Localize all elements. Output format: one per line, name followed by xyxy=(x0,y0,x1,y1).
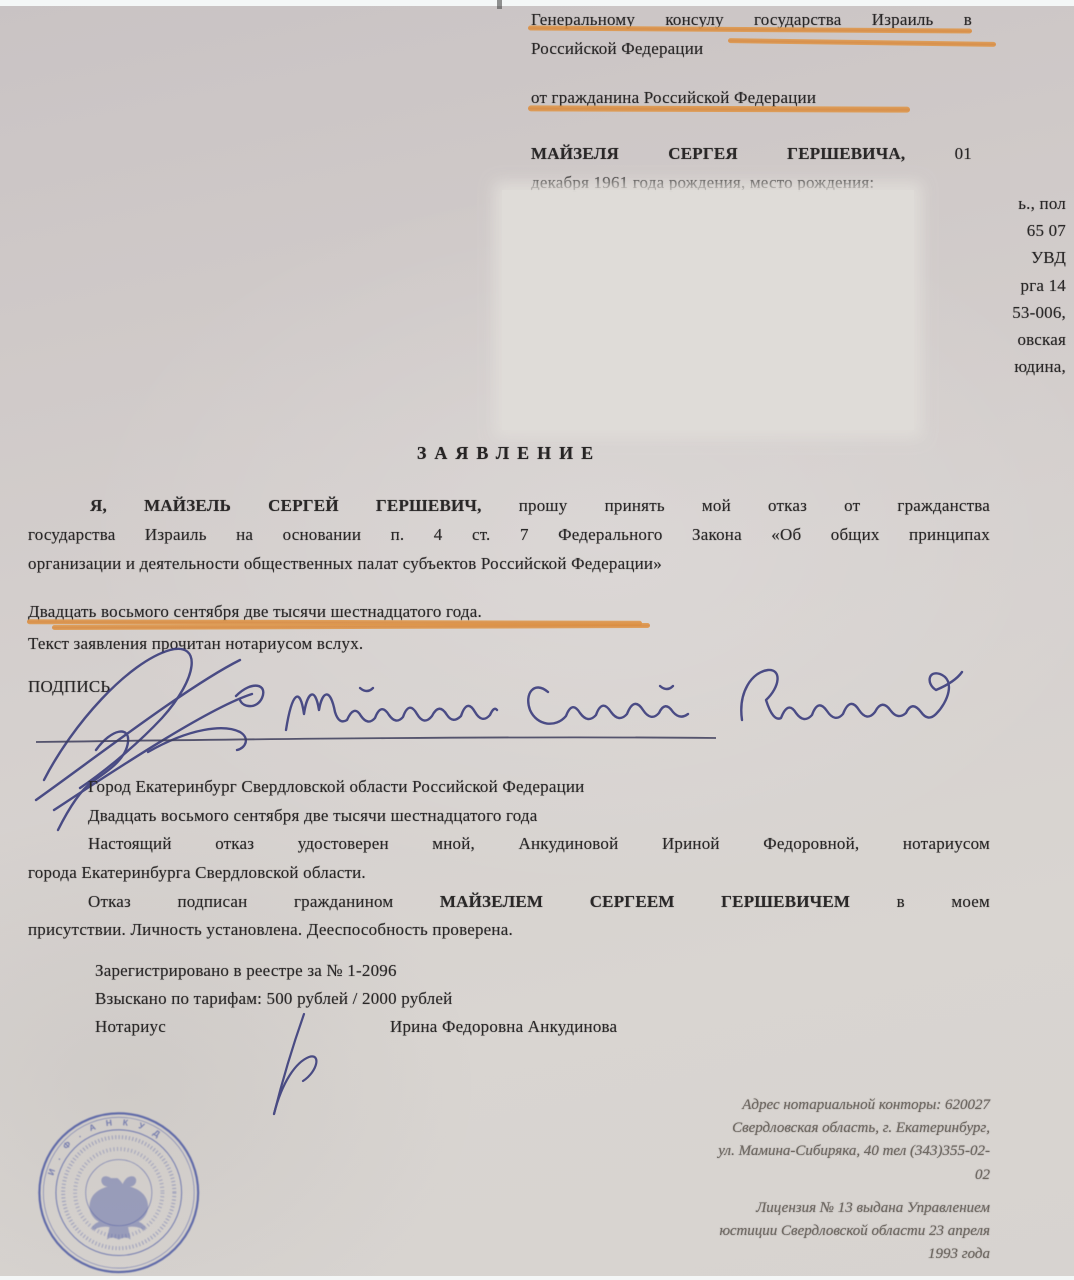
registry-block: Зарегистрировано в реестре за № 1-2096 В… xyxy=(95,957,990,1042)
fragment-line: ь., пол xyxy=(938,190,1066,217)
address-line: Свердловская область, г. Екатеринбург, xyxy=(560,1117,990,1140)
fragment-line: юдина, xyxy=(938,353,1066,380)
signature-rule-line xyxy=(36,737,716,742)
attestation-block: Город Екатеринбург Свердловской области … xyxy=(28,773,990,945)
notary-initial-ink xyxy=(240,1008,360,1120)
attestation-city: Город Екатеринбург Свердловской области … xyxy=(28,773,990,802)
license-line: юстиции Свердловской области 23 апреля xyxy=(560,1220,990,1243)
statement-line3: организации и деятельности общественных … xyxy=(28,549,990,578)
fragment-line: 65 07 xyxy=(938,217,1066,244)
license-line: Лицензия № 13 выдана Управлением xyxy=(560,1197,990,1220)
notary-name: Ирина Федоровна Анкудинова xyxy=(390,1013,617,1041)
attestation-cert-line1: Настоящий отказ удостоверен мной, Анкуди… xyxy=(28,830,990,859)
registry-number-line: Зарегистрировано в реестре за № 1-2096 xyxy=(95,957,990,985)
notary-label: Нотариус xyxy=(95,1017,166,1036)
applicant-name-line: МАЙЗЕЛЯ СЕРГЕЯ ГЕРШЕВИЧА, 01 xyxy=(531,139,972,168)
attestation-signed-line1: Отказ подписан гражданином МАЙЗЕЛЕМ СЕРГ… xyxy=(28,888,990,917)
signed-pre: Отказ подписан гражданином xyxy=(88,892,393,911)
notary-seal-stamp-icon: И . Ф . А Н К У Д xyxy=(0,1108,282,1280)
scanned-document-page: Генеральному консулу государства Израиль… xyxy=(0,0,1074,1280)
attestation-cert-line2: города Екатеринбурга Свердловской област… xyxy=(28,859,990,888)
license-block: Лицензия № 13 выдана Управлением юстиции… xyxy=(560,1197,990,1267)
address-line: Адрес нотариальной конторы: 620027 xyxy=(560,1094,990,1117)
svg-text:И . Ф . А Н К У Д: И . Ф . А Н К У Д xyxy=(46,1117,166,1176)
attestation-signed-line2: присутствии. Личность установлена. Деесп… xyxy=(28,916,990,945)
seal-arc-text: И . Ф . А Н К У Д xyxy=(46,1117,166,1176)
attestation-date: Двадцать восьмого сентября две тысячи ше… xyxy=(28,802,990,831)
registry-fee-line: Взыскано по тарифам: 500 рублей / 2000 р… xyxy=(95,985,990,1013)
address-line: 02 xyxy=(560,1164,990,1187)
fragment-line: УВД xyxy=(938,244,1066,271)
fragment-line: овская xyxy=(938,326,1066,353)
redacted-fragments: ь., пол 65 07 УВД рга 14 53-006, овская … xyxy=(938,190,1066,380)
signed-name: МАЙЗЕЛЕМ СЕРГЕЕМ ГЕРШЕВИЧЕМ xyxy=(440,892,850,911)
statement-line1: Я, МАЙЗЕЛЬ СЕРГЕЙ ГЕРШЕВИЧ, прошу принят… xyxy=(28,491,990,520)
scan-artifact xyxy=(497,0,502,9)
document-title: ЗАЯВЛЕНИЕ xyxy=(28,443,990,464)
fragment-line: рга 14 xyxy=(938,272,1066,299)
statement-name: Я, МАЙЗЕЛЬ СЕРГЕЙ ГЕРШЕВИЧ, xyxy=(90,496,482,515)
signed-post: в моем xyxy=(897,892,990,911)
license-line: 1993 года xyxy=(560,1243,990,1266)
notary-row: Нотариус Ирина Федоровна Анкудинова xyxy=(95,1013,990,1041)
statement-line2: государства Израиль на основании п. 4 ст… xyxy=(28,520,990,549)
applicant-name-tail: 01 xyxy=(955,144,972,163)
applicant-name: МАЙЗЕЛЯ СЕРГЕЯ ГЕРШЕВИЧА, xyxy=(531,144,905,163)
address-line: ул. Мамина-Сибиряка, 40 тел (343)355-02- xyxy=(560,1140,990,1163)
fragment-line: 53-006, xyxy=(938,299,1066,326)
statement-line1-rest: прошу принять мой отказ от гражданства xyxy=(519,496,990,515)
office-address-block: Адрес нотариальной конторы: 620027 Сверд… xyxy=(560,1094,990,1187)
redaction-overlay xyxy=(502,190,914,430)
